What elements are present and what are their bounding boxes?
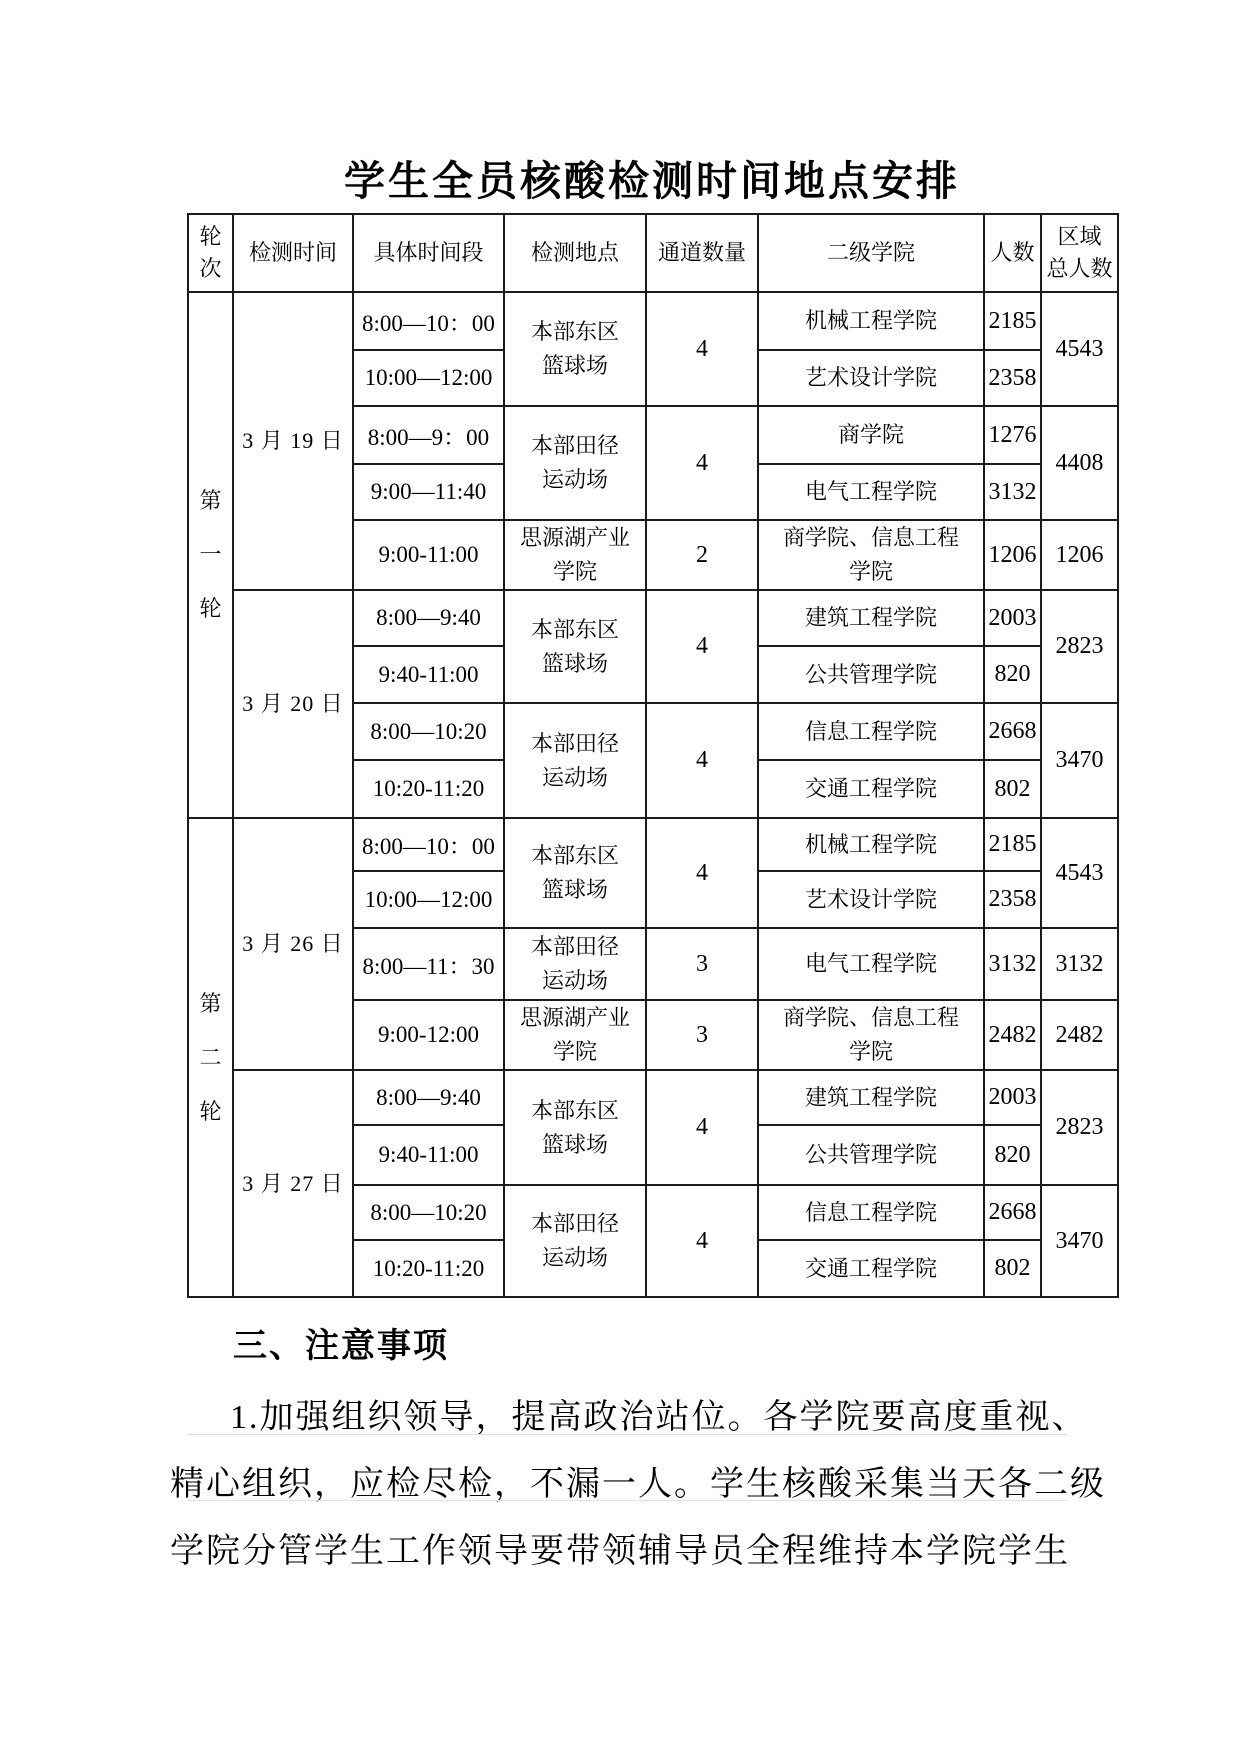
cell-count: 1206 <box>984 520 1041 590</box>
notes-heading: 三、注意事项 <box>233 1318 449 1367</box>
cell-time: 9:00-11:00 <box>353 520 504 590</box>
cell-college: 公共管理学院 <box>758 1125 984 1185</box>
cell-date: 3 月 19 日 <box>233 292 353 590</box>
cell-channels: 3 <box>646 1000 758 1070</box>
header-channels: 通道数量 <box>646 214 758 292</box>
faint-ruled-line <box>187 1500 1067 1501</box>
faint-ruled-line <box>187 1434 1067 1435</box>
cell-location: 思源湖产业 学院 <box>504 1000 646 1070</box>
cell-college: 电气工程学院 <box>758 464 984 520</box>
cell-college: 信息工程学院 <box>758 1185 984 1240</box>
cell-time: 9:40-11:00 <box>353 646 504 703</box>
cell-date: 3 月 20 日 <box>233 590 353 818</box>
cell-total: 3132 <box>1041 928 1118 1000</box>
cell-time: 8:00—10：00 <box>353 818 504 871</box>
cell-time: 10:20-11:20 <box>353 760 504 818</box>
cell-time: 8:00—11：30 <box>353 928 504 1000</box>
cell-date: 3 月 27 日 <box>233 1070 353 1297</box>
cell-time: 10:20-11:20 <box>353 1240 504 1297</box>
header-date: 检测时间 <box>233 214 353 292</box>
cell-time: 9:00-12:00 <box>353 1000 504 1070</box>
cell-time: 9:00—11:40 <box>353 464 504 520</box>
cell-channels: 4 <box>646 818 758 928</box>
cell-location: 本部东区 篮球场 <box>504 1070 646 1185</box>
table-row: 第 一 轮3 月 19 日8:00—10：00本部东区 篮球场4机械工程学院21… <box>188 292 1118 350</box>
document-page: 学生全员核酸检测时间地点安排 轮 次检测时间具体时间段检测地点通道数量二级学院人… <box>0 0 1240 1753</box>
cell-time: 8:00—9：00 <box>353 406 504 464</box>
header-area-total: 区域 总人数 <box>1041 214 1118 292</box>
cell-count: 802 <box>984 1240 1041 1297</box>
cell-college: 建筑工程学院 <box>758 1070 984 1125</box>
header-college: 二级学院 <box>758 214 984 292</box>
cell-college: 艺术设计学院 <box>758 871 984 928</box>
cell-channels: 4 <box>646 292 758 406</box>
notes-line: 精心组织，应检尽检，不漏一人。学生核酸采集当天各二级 <box>170 1451 1090 1518</box>
cell-channels: 4 <box>646 1185 758 1297</box>
cell-count: 2003 <box>984 590 1041 646</box>
notes-line: 1.加强组织领导，提高政治站位。各学院要高度重视、 <box>170 1384 1090 1451</box>
page-title: 学生全员核酸检测时间地点安排 <box>187 148 1117 207</box>
cell-time: 9:40-11:00 <box>353 1125 504 1185</box>
cell-total: 4408 <box>1041 406 1118 520</box>
cell-time: 10:00—12:00 <box>353 871 504 928</box>
cell-count: 2668 <box>984 703 1041 760</box>
cell-time: 8:00—10：00 <box>353 292 504 350</box>
cell-location: 本部田径 运动场 <box>504 703 646 818</box>
cell-college: 机械工程学院 <box>758 292 984 350</box>
header-time: 具体时间段 <box>353 214 504 292</box>
cell-total: 2823 <box>1041 590 1118 703</box>
cell-round: 第 二 轮 <box>188 818 233 1297</box>
notes-line: 学院分管学生工作领导要带领辅导员全程维持本学院学生 <box>170 1518 1090 1585</box>
cell-count: 2358 <box>984 350 1041 406</box>
cell-channels: 2 <box>646 520 758 590</box>
table-row: 第 二 轮3 月 26 日8:00—10：00本部东区 篮球场4机械工程学院21… <box>188 818 1118 871</box>
cell-count: 2185 <box>984 818 1041 871</box>
cell-total: 2823 <box>1041 1070 1118 1185</box>
cell-count: 820 <box>984 646 1041 703</box>
cell-channels: 4 <box>646 703 758 818</box>
header-location: 检测地点 <box>504 214 646 292</box>
cell-college: 商学院 <box>758 406 984 464</box>
notes-paragraph: 1.加强组织领导，提高政治站位。各学院要高度重视、 精心组织，应检尽检，不漏一人… <box>170 1384 1090 1585</box>
cell-total: 3470 <box>1041 703 1118 818</box>
cell-time: 8:00—10:20 <box>353 703 504 760</box>
cell-total: 4543 <box>1041 292 1118 406</box>
cell-college: 商学院、信息工程 学院 <box>758 520 984 590</box>
cell-college: 公共管理学院 <box>758 646 984 703</box>
cell-time: 10:00—12:00 <box>353 350 504 406</box>
cell-count: 1276 <box>984 406 1041 464</box>
cell-channels: 3 <box>646 928 758 1000</box>
cell-college: 交通工程学院 <box>758 1240 984 1297</box>
cell-count: 3132 <box>984 928 1041 1000</box>
cell-count: 2185 <box>984 292 1041 350</box>
cell-channels: 4 <box>646 406 758 520</box>
cell-channels: 4 <box>646 590 758 703</box>
cell-college: 信息工程学院 <box>758 703 984 760</box>
table-row: 3 月 20 日8:00—9:40本部东区 篮球场4建筑工程学院20032823 <box>188 590 1118 646</box>
cell-location: 本部田径 运动场 <box>504 928 646 1000</box>
cell-location: 本部田径 运动场 <box>504 1185 646 1297</box>
cell-college: 电气工程学院 <box>758 928 984 1000</box>
cell-college: 艺术设计学院 <box>758 350 984 406</box>
cell-location: 本部东区 篮球场 <box>504 818 646 928</box>
cell-total: 1206 <box>1041 520 1118 590</box>
schedule-table: 轮 次检测时间具体时间段检测地点通道数量二级学院人数区域 总人数第 一 轮3 月… <box>187 213 1119 1298</box>
cell-count: 2668 <box>984 1185 1041 1240</box>
cell-location: 本部东区 篮球场 <box>504 292 646 406</box>
cell-college: 商学院、信息工程 学院 <box>758 1000 984 1070</box>
cell-college: 机械工程学院 <box>758 818 984 871</box>
cell-time: 8:00—9:40 <box>353 1070 504 1125</box>
table-row: 3 月 27 日8:00—9:40本部东区 篮球场4建筑工程学院20032823 <box>188 1070 1118 1125</box>
cell-location: 本部东区 篮球场 <box>504 590 646 703</box>
cell-count: 2358 <box>984 871 1041 928</box>
cell-count: 820 <box>984 1125 1041 1185</box>
cell-date: 3 月 26 日 <box>233 818 353 1070</box>
cell-total: 2482 <box>1041 1000 1118 1070</box>
cell-time: 8:00—10:20 <box>353 1185 504 1240</box>
cell-location: 本部田径 运动场 <box>504 406 646 520</box>
cell-college: 交通工程学院 <box>758 760 984 818</box>
cell-total: 3470 <box>1041 1185 1118 1297</box>
cell-college: 建筑工程学院 <box>758 590 984 646</box>
cell-time: 8:00—9:40 <box>353 590 504 646</box>
header-round: 轮 次 <box>188 214 233 292</box>
cell-count: 3132 <box>984 464 1041 520</box>
cell-count: 2482 <box>984 1000 1041 1070</box>
cell-round: 第 一 轮 <box>188 292 233 818</box>
cell-total: 4543 <box>1041 818 1118 928</box>
cell-channels: 4 <box>646 1070 758 1185</box>
cell-count: 2003 <box>984 1070 1041 1125</box>
cell-count: 802 <box>984 760 1041 818</box>
cell-location: 思源湖产业 学院 <box>504 520 646 590</box>
header-count: 人数 <box>984 214 1041 292</box>
